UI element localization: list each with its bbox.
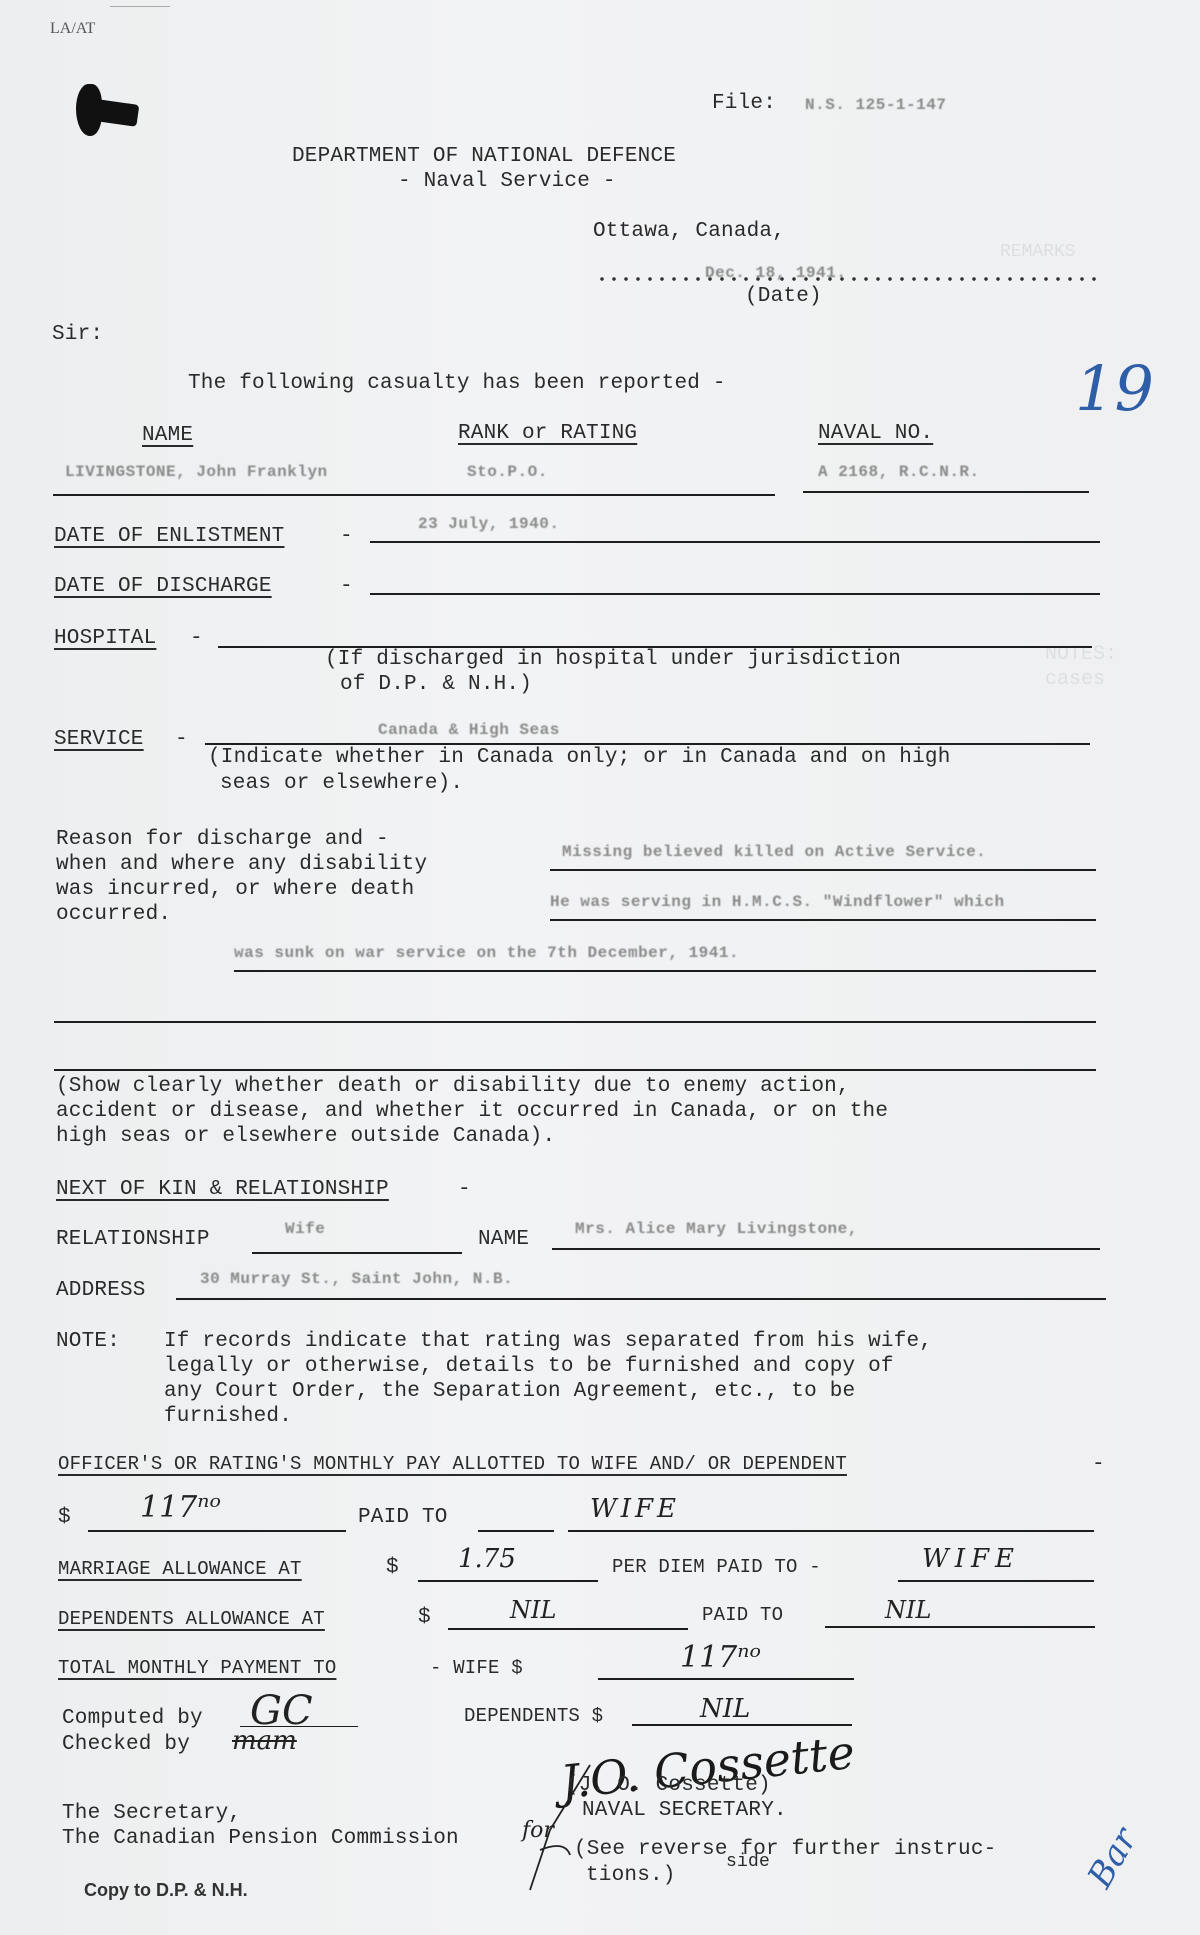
nok-name-label: NAME — [478, 1228, 529, 1251]
total-payment-label: TOTAL MONTHLY PAYMENT TO — [58, 1657, 336, 1679]
signatory-title: NAVAL SECRETARY. — [582, 1799, 787, 1822]
note-line: furnished. — [164, 1405, 292, 1428]
checked-initials: mam — [232, 1726, 297, 1756]
location: Ottawa, Canada, — [593, 220, 785, 243]
service-subtitle: - Naval Service - — [398, 170, 616, 193]
next-of-kin-heading: NEXT OF KIN & RELATIONSHIP — [56, 1178, 389, 1201]
marriage-rate: 1.75 — [458, 1544, 516, 1574]
reason-note-line: high seas or elsewhere outside Canada). — [56, 1125, 555, 1148]
dash: - — [458, 1178, 471, 1201]
currency-symbol: $ — [418, 1606, 431, 1629]
relationship-label: RELATIONSHIP — [56, 1228, 210, 1251]
date-caption: (Date) — [745, 285, 822, 308]
service-line — [205, 743, 1090, 745]
reverse-note-side: side — [726, 1852, 770, 1872]
nok-name-value: Mrs. Alice Mary Livingstone, — [575, 1220, 858, 1238]
discharge-line — [370, 593, 1100, 595]
address-value: 30 Murray St., Saint John, N.B. — [200, 1270, 513, 1288]
computed-by-label: Computed by — [62, 1707, 203, 1730]
hospital-note-2: of D.P. & N.H.) — [340, 673, 532, 696]
remarks-ghost: REMARKS — [1000, 242, 1076, 262]
copy-to-note: Copy to D.P. & N.H. — [84, 1880, 248, 1901]
checked-by-label: Checked by — [62, 1733, 190, 1756]
discharge-label: DATE OF DISCHARGE — [54, 575, 272, 598]
casualty-rank: Sto.P.O. — [467, 463, 548, 481]
enlistment-line — [370, 541, 1100, 543]
service-label: SERVICE — [54, 728, 144, 751]
reason-value-line-2: He was serving in H.M.C.S. "Windflower" … — [550, 893, 1005, 911]
reason-note-line: accident or disease, and whether it occu… — [56, 1100, 888, 1123]
note-line: legally or otherwise, details to be furn… — [164, 1355, 894, 1378]
reason-label-line: was incurred, or where death — [56, 878, 414, 901]
column-header-naval-no: NAVAL NO. — [818, 422, 933, 445]
paid-to-value: WIFE — [590, 1494, 680, 1524]
reverse-note: (See reverse for further instruc- — [574, 1838, 996, 1861]
hospital-note-1: (If discharged in hospital under jurisdi… — [325, 648, 901, 671]
dash: - — [175, 728, 188, 751]
dependents-allowance-label: DEPENDENTS ALLOWANCE AT — [58, 1608, 325, 1630]
reason-value-line-3: was sunk on war service on the 7th Decem… — [234, 944, 739, 962]
dash: - — [1092, 1453, 1105, 1476]
intro-text: The following casualty has been reported… — [188, 372, 726, 395]
salutation: Sir: — [52, 323, 103, 346]
relationship-value: Wife — [285, 1220, 325, 1238]
column-header-rank: RANK or RATING — [458, 422, 637, 445]
reason-note-line: (Show clearly whether death or disabilit… — [56, 1075, 850, 1098]
reverse-note: tions.) — [586, 1864, 676, 1887]
total-dependents-label: DEPENDENTS $ — [464, 1705, 603, 1727]
column-header-name: NAME — [142, 424, 193, 447]
monthly-amount: 117ⁿᵒ — [140, 1490, 221, 1525]
service-note-2: seas or elsewhere). — [220, 772, 463, 795]
blue-initials: Bar — [1080, 1821, 1145, 1894]
currency-symbol: $ — [58, 1506, 71, 1529]
service-value: Canada & High Seas — [378, 721, 560, 739]
reason-value-line-1: Missing believed killed on Active Servic… — [562, 843, 986, 861]
paid-to-label: PAID TO — [358, 1506, 448, 1529]
dash: - — [340, 525, 353, 548]
currency-symbol: $ — [386, 1556, 399, 1579]
dependents-paid-to: NIL — [885, 1596, 931, 1624]
recipient-line: The Secretary, — [62, 1802, 241, 1825]
address-label: ADDRESS — [56, 1279, 146, 1302]
department-title: DEPARTMENT OF NATIONAL DEFENCE — [292, 145, 676, 168]
hospital-label: HOSPITAL — [54, 627, 156, 650]
total-wife-label: - WIFE $ — [430, 1657, 523, 1679]
note-line: If records indicate that rating was sepa… — [164, 1330, 932, 1353]
pay-heading: OFFICER'S OR RATING'S MONTHLY PAY ALLOTT… — [58, 1453, 847, 1475]
service-note-1: (Indicate whether in Canada only; or in … — [208, 746, 951, 769]
blank-line — [54, 1069, 1096, 1071]
reason-label-line: occurred. — [56, 903, 171, 926]
handwritten-page-number: 19 — [1075, 352, 1154, 425]
signatory-name: (J. O. Cossette) — [566, 1774, 771, 1797]
dash: - — [340, 575, 353, 598]
for-mark: for — [522, 1818, 554, 1843]
reason-label-line: Reason for discharge and - — [56, 828, 389, 851]
dependents-rate: NIL — [510, 1596, 556, 1624]
casualty-name: LIVINGSTONE, John Franklyn — [65, 463, 328, 481]
reason-label-line: when and where any disability — [56, 853, 427, 876]
file-number: N.S. 125-1-147 — [805, 96, 946, 114]
per-diem-label: PER DIEM PAID TO - — [612, 1556, 821, 1578]
total-wife-amount: 117ⁿᵒ — [680, 1640, 761, 1675]
enlistment-label: DATE OF ENLISTMENT — [54, 525, 284, 548]
date-dotted-line — [596, 276, 1098, 282]
casualty-naval-no: A 2168, R.C.N.R. — [818, 463, 980, 481]
total-dependents-amount: NIL — [700, 1694, 750, 1724]
marriage-paid-to: WIFE — [922, 1544, 1020, 1574]
recipient-line: The Canadian Pension Commission — [62, 1827, 459, 1850]
enlistment-value: 23 July, 1940. — [418, 515, 559, 533]
document-page: REMARKS NOTES: cases LA/AT File: N.S. 12… — [0, 0, 1200, 1935]
dash: - — [190, 627, 203, 650]
blank-line — [54, 1021, 1096, 1023]
reference-code: LA/AT — [50, 20, 95, 38]
pencil-mark — [110, 6, 170, 7]
note-label: NOTE: — [56, 1330, 120, 1353]
dependents-paid-to-label: PAID TO — [702, 1604, 783, 1626]
marriage-allowance-label: MARRIAGE ALLOWANCE AT — [58, 1558, 302, 1580]
note-line: any Court Order, the Separation Agreemen… — [164, 1380, 855, 1403]
file-label: File: — [712, 92, 776, 115]
